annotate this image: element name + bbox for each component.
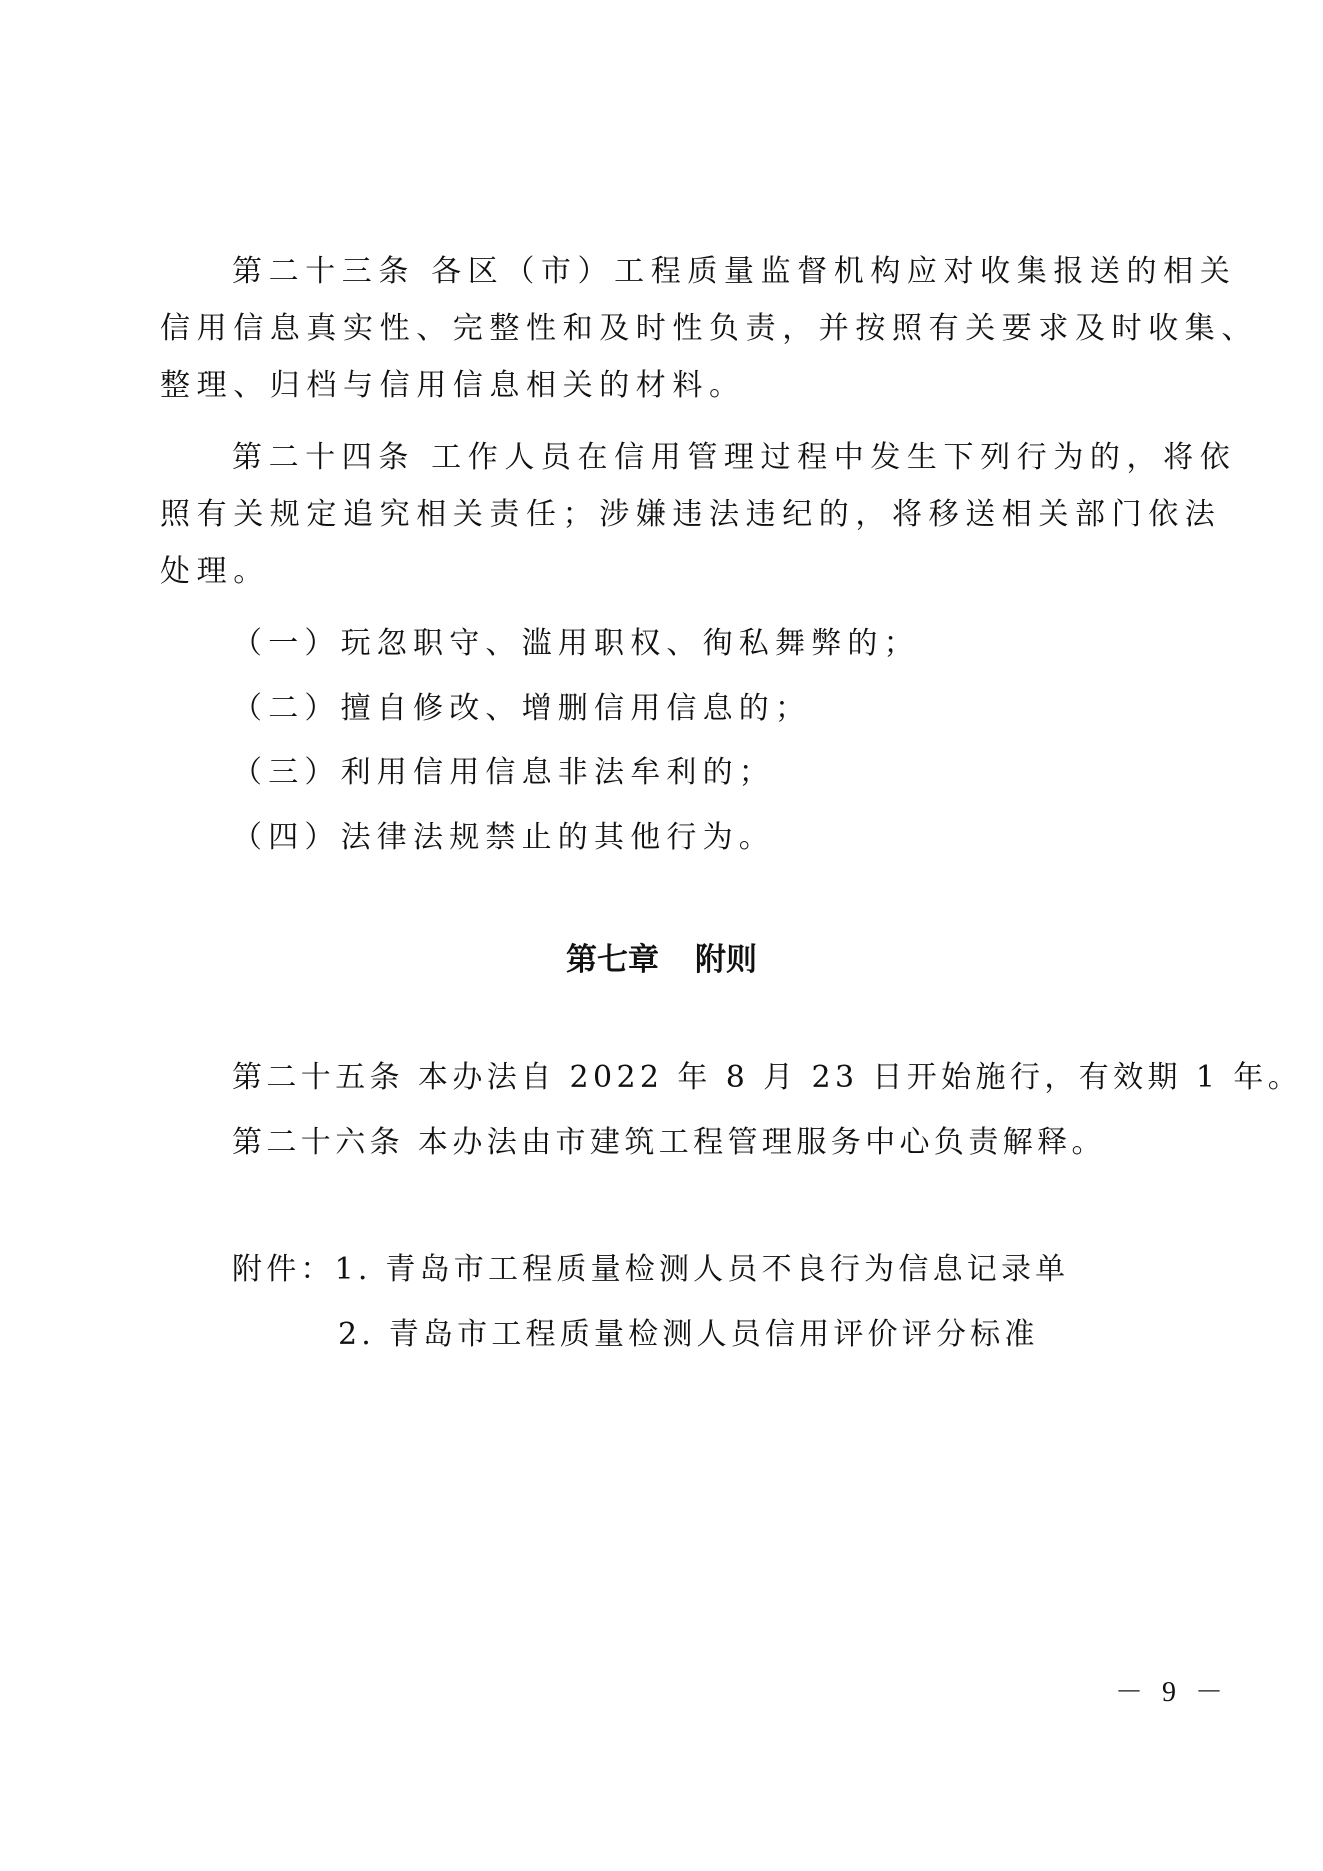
attachment-item: 2. 青岛市工程质量检测人员信用评价评分标准 <box>338 1315 1323 1355</box>
chapter-heading: 第七章附则 <box>0 940 1323 980</box>
article-24-line-1: 第二十四条 工作人员在信用管理过程中发生下列行为的，将依 <box>232 438 1272 478</box>
article-23-line-1: 第二十三条 各区（市）工程质量监督机构应对收集报送的相关 <box>232 252 1272 292</box>
article-23-line-2: 信用信息真实性、完整性和及时性负责，并按照有关要求及时收集、 <box>160 309 1200 349</box>
list-item: （四）法律法规禁止的其他行为。 <box>232 818 1272 858</box>
list-item: （一）玩忽职守、滥用职权、徇私舞弊的； <box>232 624 1272 664</box>
attachments-line-1: 附件：1. 青岛市工程质量检测人员不良行为信息记录单 <box>232 1250 1272 1290</box>
article-24-line-3: 处理。 <box>160 552 1200 592</box>
article-26: 第二十六条 本办法由市建筑工程管理服务中心负责解释。 <box>232 1123 1272 1163</box>
chapter-title: 附则 <box>695 942 757 978</box>
page-number: － 9 － <box>1115 1670 1229 1710</box>
list-item: （二）擅自修改、增删信用信息的； <box>232 689 1272 729</box>
chapter-number: 第七章 <box>566 942 659 978</box>
article-24-line-2: 照有关规定追究相关责任；涉嫌违法违纪的，将移送相关部门依法 <box>160 495 1200 535</box>
list-item: （三）利用信用信息非法牟利的； <box>232 753 1272 793</box>
article-23-line-3: 整理、归档与信用信息相关的材料。 <box>160 366 1200 406</box>
attachment-item: 1. 青岛市工程质量检测人员不良行为信息记录单 <box>335 1252 1070 1287</box>
attachments-label: 附件： <box>232 1252 335 1287</box>
article-25: 第二十五条 本办法自 2022 年 8 月 23 日开始施行，有效期 1 年。 <box>232 1058 1272 1098</box>
